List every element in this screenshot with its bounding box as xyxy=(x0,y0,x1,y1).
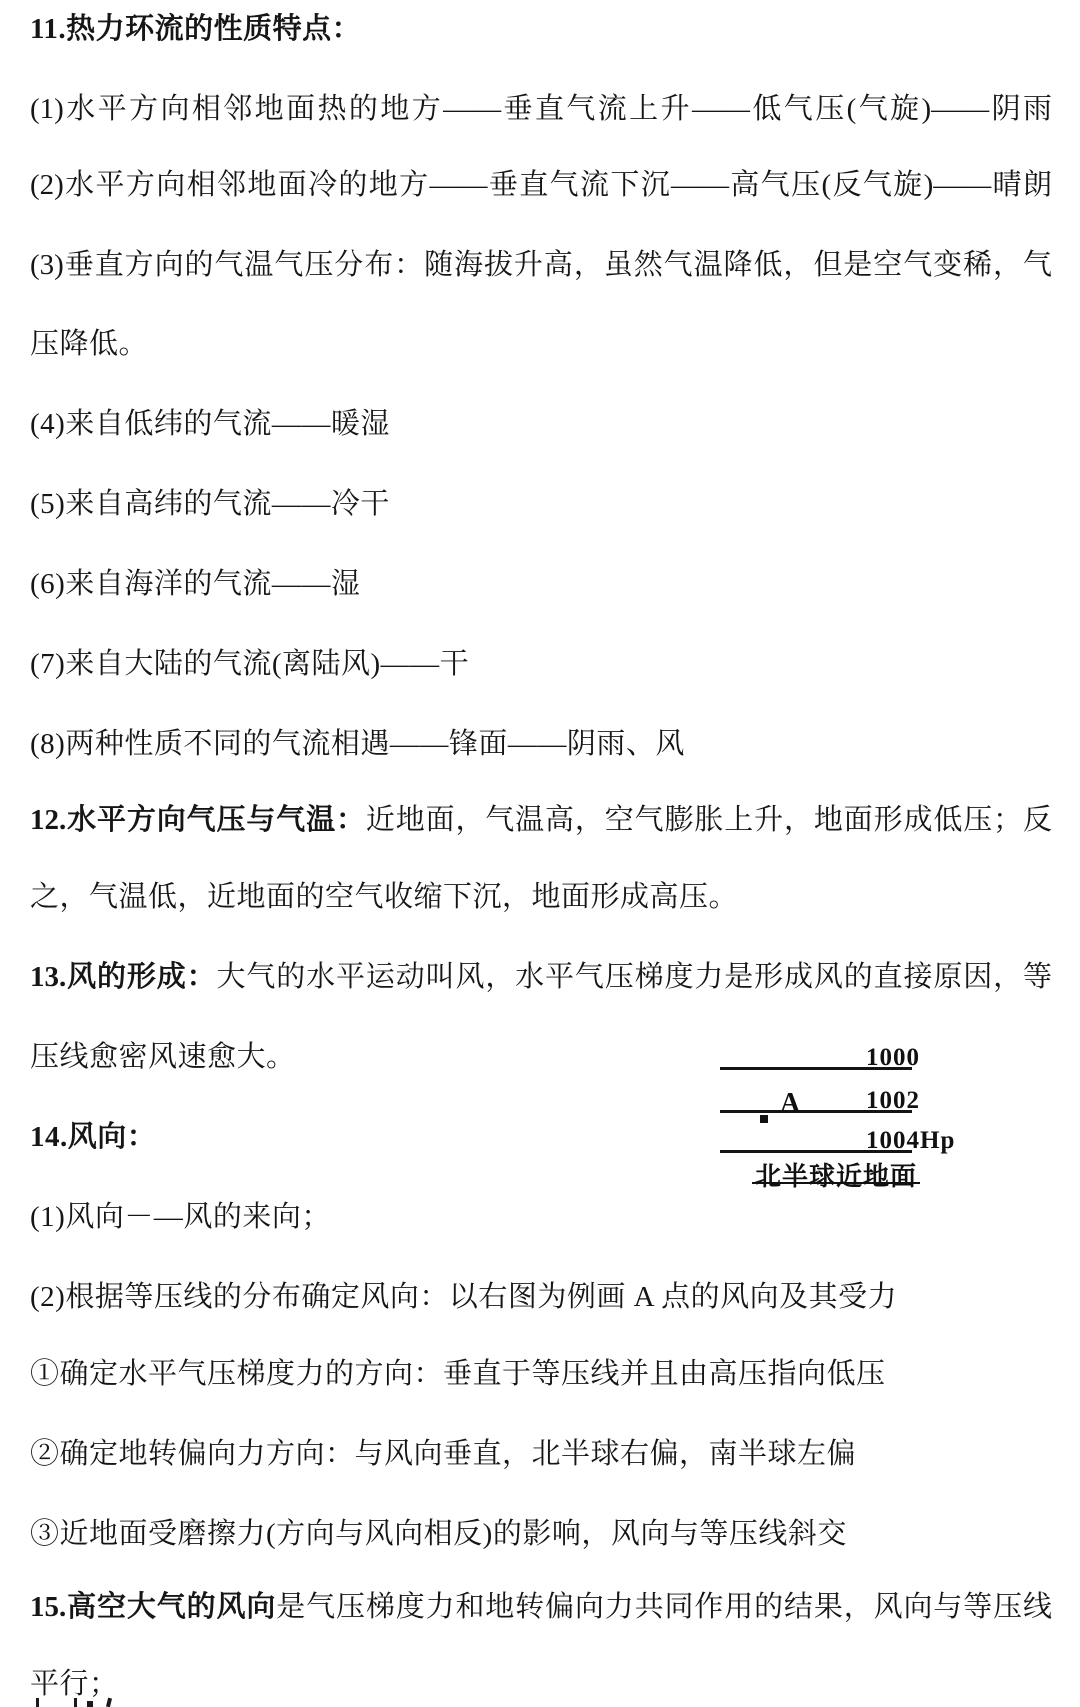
section-13-heading: 13.风的形成： xyxy=(30,961,216,993)
item-11-3-line2: 压降低。 xyxy=(30,325,148,363)
item-14-2: (2)根据等压线的分布确定风向：以右图为例画 A 点的风向及其受力 xyxy=(30,1278,897,1316)
point-a-label: A xyxy=(780,1090,800,1118)
document-page: 11.热力环流的性质特点： (1)水平方向相邻地面热的地方——垂直气流上升——低… xyxy=(0,0,1080,1707)
item-11-4: (4)来自低纬的气流——暖湿 xyxy=(30,405,390,443)
section-12-heading: 12.水平方向气压与气温： xyxy=(30,804,366,836)
point-a-dot xyxy=(760,1115,768,1123)
section-12-line1: 12.水平方向气压与气温：近地面，气温高，空气膨胀上升，地面形成低压；反 xyxy=(30,801,1052,843)
cutoff-glyph-fragment xyxy=(36,1698,39,1707)
isobar-label-1002: 1002 xyxy=(866,1088,920,1113)
diagram-caption: 北半球近地面 xyxy=(755,1161,917,1193)
isobar-label-1000: 1000 xyxy=(866,1045,920,1070)
section-15-text: 是气压梯度力和地转偏向力共同作用的结果，风向与等压线 xyxy=(276,1591,1052,1623)
item-14-1: (1)风向－—风的来向； xyxy=(30,1198,331,1236)
item-11-6: (6)来自海洋的气流——湿 xyxy=(30,565,360,603)
item-14-step3: ③近地面受磨擦力(方向与风向相反)的影响，风向与等压线斜交 xyxy=(30,1515,847,1553)
section-13-line1: 13.风的形成：大气的水平运动叫风，水平气压梯度力是形成风的直接原因，等 xyxy=(30,958,1052,1000)
section-13-text: 大气的水平运动叫风，水平气压梯度力是形成风的直接原因，等 xyxy=(216,961,1052,993)
item-11-5: (5)来自高纬的气流——冷干 xyxy=(30,485,390,523)
item-14-step2: ②确定地转偏向力方向：与风向垂直，北半球右偏，南半球左偏 xyxy=(30,1435,856,1473)
item-11-7: (7)来自大陆的气流(离陆风)——干 xyxy=(30,645,469,683)
heading-14: 14.风向： xyxy=(30,1118,156,1156)
isobar-label-1004: 1004Hp xyxy=(866,1128,955,1153)
section-15-line1: 15.高空大气的风向是气压梯度力和地转偏向力共同作用的结果，风向与等压线 xyxy=(30,1588,1052,1630)
section-15-heading: 15.高空大气的风向 xyxy=(30,1591,276,1623)
cutoff-glyph-fragment xyxy=(87,1701,93,1707)
cutoff-glyph-fragment xyxy=(74,1698,77,1707)
heading-11: 11.热力环流的性质特点： xyxy=(30,10,361,48)
section-12-text: 近地面，气温高，空气膨胀上升，地面形成低压；反 xyxy=(366,804,1052,836)
item-14-step1: ①确定水平气压梯度力的方向：垂直于等压线并且由高压指向低压 xyxy=(30,1355,886,1393)
item-11-1: (1)水平方向相邻地面热的地方——垂直气流上升——低气压(气旋)——阴雨 xyxy=(30,90,1052,132)
section-12-line2: 之，气温低，近地面的空气收缩下沉，地面形成高压。 xyxy=(30,878,738,916)
isobar-diagram: 1000 1002 1004Hp A 北半球近地面 xyxy=(660,1040,1050,1210)
item-11-2: (2)水平方向相邻地面冷的地方——垂直气流下沉——高气压(反气旋)——晴朗 xyxy=(30,166,1052,208)
item-11-8: (8)两种性质不同的气流相遇——锋面——阴雨、风 xyxy=(30,725,685,763)
item-11-3-line1: (3)垂直方向的气温气压分布：随海拔升高，虽然气温降低，但是空气变稀，气 xyxy=(30,246,1052,288)
section-13-line2: 压线愈密风速愈大。 xyxy=(30,1038,296,1076)
